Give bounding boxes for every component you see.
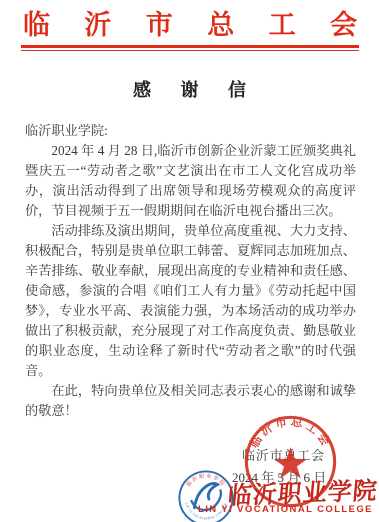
seal-arc-text: 临沂市总工会 (247, 414, 335, 450)
college-name-english: LIN YI VOCATIONAL COLLEGE (198, 504, 373, 515)
letterhead-org-name: 临沂市总工会 (23, 7, 357, 43)
letterhead-rule (21, 45, 359, 51)
thank-you-letter-page: 临沂市总工会 感谢信 临沂职业学院: 2024 年 4 月 28 日,临沂市创新… (0, 0, 379, 522)
svg-text:临沂市总工会: 临沂市总工会 (247, 414, 335, 450)
paragraph-1: 2024 年 4 月 28 日,临沂市创新企业沂蒙工匠颁奖典礼暨庆五一“劳动者之… (25, 141, 356, 221)
paragraph-2: 活动排练及演出期间，贵单位高度重视、大力支持、积极配合，特别是贵单位职工韩蕾、夏… (25, 221, 356, 381)
salutation: 临沂职业学院: (25, 121, 356, 141)
letter-body: 临沂职业学院: 2024 年 4 月 28 日,临沂市创新企业沂蒙工匠颁奖典礼暨… (25, 121, 356, 421)
letter-title: 感谢信 (133, 76, 246, 102)
